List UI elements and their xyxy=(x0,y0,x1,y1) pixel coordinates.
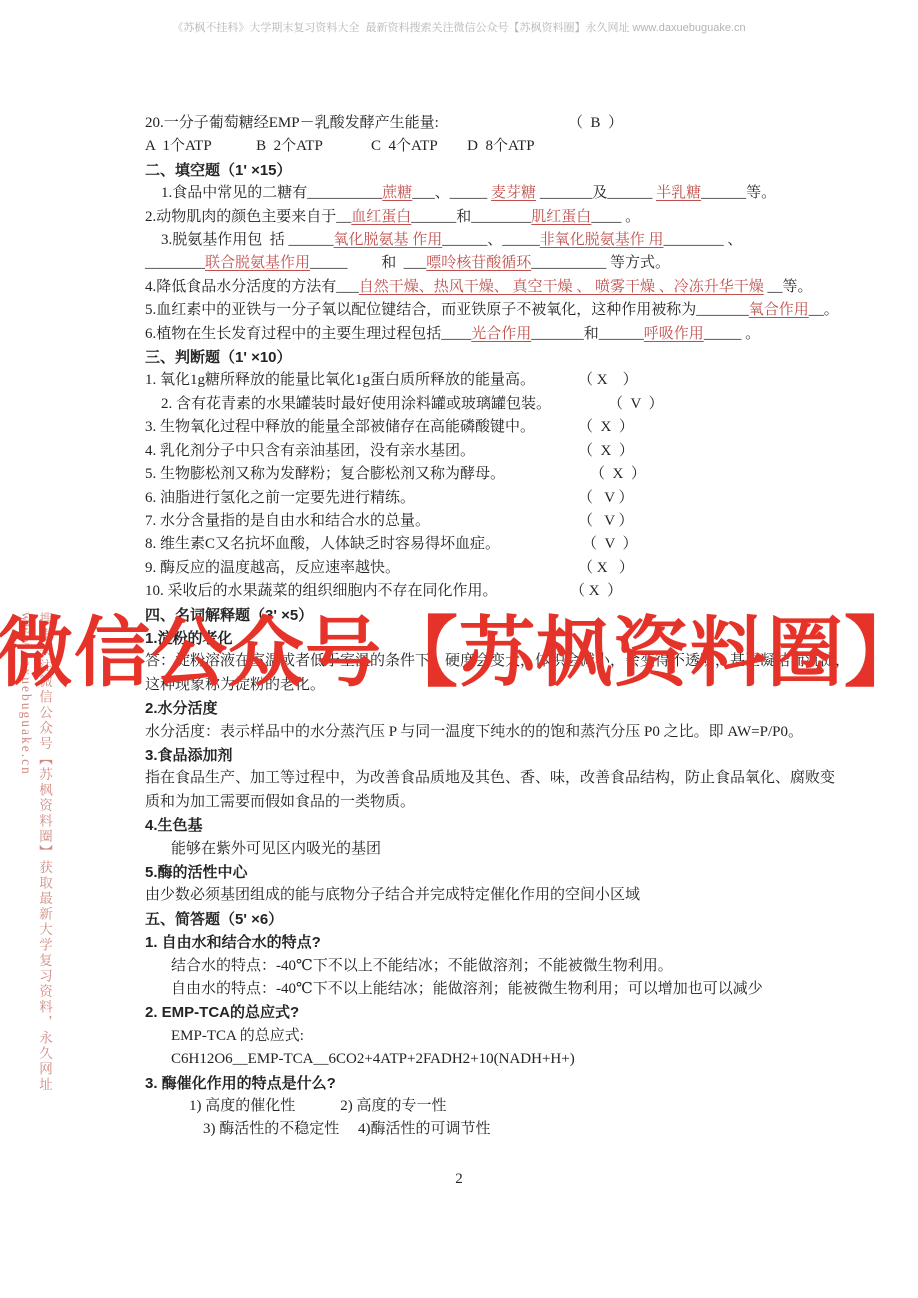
term-4-answer: 能够在紫外可见区内吸光的基团 xyxy=(145,838,805,861)
center-watermark-text: 微信公众号【苏枫资料圈】 xyxy=(0,592,918,701)
answer-mark: （ X ） xyxy=(578,440,634,463)
question-text: 二、填空题（1' ×15） xyxy=(145,162,292,179)
term-3-answer-a: 指在食品生产、加工等过程中，为改善食品质地及其色、香、味，改善食品结构，防止食品… xyxy=(145,767,805,790)
judge-question-2: 2. 含有花青素的水果罐装时最好使用涂料罐或玻璃罐包装。（ V ） xyxy=(145,393,805,416)
short-answer-1-b: 自由水的特点：-40℃下不以上能结冰；能做溶剂；能被微生物利用；可以增加也可以减… xyxy=(145,978,805,1001)
answer-mark: （ X ） xyxy=(578,416,634,439)
term-5-title: 5.酶的活性中心 xyxy=(145,861,805,884)
answer-mark: （ X ） xyxy=(590,463,646,486)
question-text: 等方式。 xyxy=(606,255,670,271)
question-text: 质和为加工需要而假如食品的一类物质。 xyxy=(145,794,415,810)
fill-question-3b: ________联合脱氨基作用_____ 和 ___嘌呤核苷酸循环_______… xyxy=(145,252,805,275)
answer-text: 氧合作用 xyxy=(749,302,809,318)
answer-text: 嘌呤核苷酸循环 xyxy=(426,255,531,271)
question-text: _______ xyxy=(696,302,749,318)
question-text: 由少数必须基团组成的能与底物分子结合并完成特定催化作用的空间小区域 xyxy=(145,887,640,903)
question-text: _______ xyxy=(531,326,584,342)
question-text: 结合水的特点：-40℃下不以上不能结冰；不能做溶剂；不能被微生物利用。 xyxy=(171,958,673,974)
answer-mark: （ B ） xyxy=(568,112,623,135)
question-text: _____ xyxy=(310,255,348,271)
question-text: ________ xyxy=(664,232,724,248)
fill-question-4: 4.降低食品水分活度的方法有___自然干燥、热风干燥、 真空干燥 、 喷雾干燥 … xyxy=(145,276,805,299)
question-text: _______ xyxy=(536,185,592,201)
question-text: __ xyxy=(336,209,351,225)
question-text: ____ xyxy=(441,326,471,342)
judge-question-7: 7. 水分含量指的是自由水和结合水的总量。（ V ） xyxy=(145,510,805,533)
question-text: 9. 酶反应的温度越高，反应速率越快。 xyxy=(145,560,400,576)
question-text: 3.脱氨基作用包 括 xyxy=(161,232,289,248)
answer-text: 呼吸作用 xyxy=(644,326,704,342)
question-text: C6H12O6__EMP-TCA__6CO2+4ATP+2FADH2+10(NA… xyxy=(171,1051,575,1067)
question-text: A 1个ATP B 2个ATP C 4个ATP D 8个ATP xyxy=(145,138,535,154)
question-text: 5.血红素中的亚铁与一分子氧以配位键结合，而亚铁原子不被氧化，这种作用被称为 xyxy=(145,302,696,318)
question-text: ______ xyxy=(701,185,746,201)
question-text: 。 xyxy=(824,302,839,318)
short-answer-2-title: 2. EMP-TCA的总应式? xyxy=(145,1001,805,1024)
question-text: 2. EMP-TCA的总应式? xyxy=(145,1004,299,1021)
question-text: 。 xyxy=(621,209,640,225)
question-text: ___、 xyxy=(412,185,450,201)
question-text: 3) 酶活性的不稳定性 4)酶活性的可调节性 xyxy=(203,1121,491,1137)
short-answer-3-title: 3. 酶催化作用的特点是什么? xyxy=(145,1072,805,1095)
short-answer-2-b: C6H12O6__EMP-TCA__6CO2+4ATP+2FADH2+10(NA… xyxy=(145,1048,805,1071)
question-text: 2. 含有花青素的水果罐装时最好使用涂料罐或玻璃罐包装。 xyxy=(161,396,551,412)
judge-question-3: 3. 生物氧化过程中释放的能量全部被储存在高能磷酸键中。（ X ） xyxy=(145,416,805,439)
question-text: 1. 自由水和结合水的特点? xyxy=(145,934,321,951)
question-20-options: A 1个ATP B 2个ATP C 4个ATP D 8个ATP xyxy=(145,135,805,158)
answer-mark: （ V ） xyxy=(578,487,634,510)
question-text: 和 xyxy=(348,255,404,271)
answer-mark: （ X ） xyxy=(578,369,638,392)
question-text: __ xyxy=(809,302,824,318)
question-text: ______ xyxy=(289,232,334,248)
question-text: 。 xyxy=(741,326,760,342)
answer-text: 氧化脱氨基 作用 xyxy=(334,232,443,248)
answer-mark: （ V ） xyxy=(578,510,634,533)
answer-mark: （ V ） xyxy=(608,393,664,416)
answer-text: 肌红蛋白 xyxy=(531,209,591,225)
question-text: ______ xyxy=(411,209,456,225)
answer-text: 联合脱氨基作用 xyxy=(205,255,310,271)
question-text: 6.植物在生长发育过程中的主要生理过程包括 xyxy=(145,326,441,342)
question-text: 及 xyxy=(592,185,607,201)
question-text: 1) 高度的催化性 2) 高度的专一性 xyxy=(189,1098,447,1114)
question-text: 2.动物肌肉的颜色主要来自于 xyxy=(145,209,336,225)
question-text: __ xyxy=(764,279,783,295)
judge-question-9: 9. 酶反应的温度越高，反应速率越快。（ X ） xyxy=(145,557,805,580)
question-text: 和 xyxy=(456,209,471,225)
question-text: 5. 生物膨松剂又称为发酵粉；复合膨松剂又称为酵母。 xyxy=(145,466,505,482)
section-heading-short-answer: 五、简答题（5' ×6） xyxy=(145,908,805,931)
page-number: 2 xyxy=(0,1171,918,1188)
question-text: ________ xyxy=(471,209,531,225)
question-text: ________ xyxy=(145,255,205,271)
term-4-title: 4.生色基 xyxy=(145,814,805,837)
judge-question-4: 4. 乳化剂分子中只含有亲油基团，没有亲水基团。（ X ） xyxy=(145,440,805,463)
fill-question-2: 2.动物肌肉的颜色主要来自于__血红蛋白______和________肌红蛋白_… xyxy=(145,206,805,229)
question-text: EMP-TCA 的总应式: xyxy=(171,1028,304,1044)
section-heading-judge: 三、判断题（1' ×10） xyxy=(145,346,805,369)
short-answer-2-a: EMP-TCA 的总应式: xyxy=(145,1025,805,1048)
question-text: __________ xyxy=(307,185,382,201)
question-text: ______ xyxy=(607,185,656,201)
fill-question-5: 5.血红素中的亚铁与一分子氧以配位键结合，而亚铁原子不被氧化，这种作用被称为__… xyxy=(145,299,805,322)
question-text: 、 xyxy=(724,232,743,248)
question-text: 1. 氧化1g糖所释放的能量比氧化1g蛋白质所释放的能量高。 xyxy=(145,372,535,388)
question-text: 2.水分活度 xyxy=(145,700,218,717)
answer-text: 麦芽糖 xyxy=(491,185,536,201)
answer-text: 非氧化脱氨基作 用 xyxy=(540,232,664,248)
fill-question-1: 1.食品中常见的二糖有__________蔗糖___、_____ 麦芽糖 ___… xyxy=(145,182,805,205)
question-text: 和 xyxy=(584,326,599,342)
question-text: 自由水的特点：-40℃下不以上能结冰；能做溶剂；能被微生物利用；可以增加也可以减… xyxy=(171,981,763,997)
question-text: 三、判断题（1' ×10） xyxy=(145,349,292,366)
short-answer-1-a: 结合水的特点：-40℃下不以上不能结冰；不能做溶剂；不能被微生物利用。 xyxy=(145,955,805,978)
answer-mark: （ X ） xyxy=(578,557,634,580)
term-3-answer-b: 质和为加工需要而假如食品的一类物质。 xyxy=(145,791,805,814)
question-text: _____ xyxy=(704,326,742,342)
question-text: _____ xyxy=(502,232,540,248)
question-text: ___ xyxy=(336,279,359,295)
question-text: 20.一分子葡萄糖经EMP－乳酸发酵产生能量: xyxy=(145,115,439,131)
question-text: ______ xyxy=(442,232,487,248)
judge-question-5: 5. 生物膨松剂又称为发酵粉；复合膨松剂又称为酵母。（ X ） xyxy=(145,463,805,486)
question-text: 7. 水分含量指的是自由水和结合水的总量。 xyxy=(145,513,430,529)
question-text: 等。 xyxy=(783,279,813,295)
question-text: 4.降低食品水分活度的方法有 xyxy=(145,279,336,295)
question-text: 水分活度：表示样品中的水分蒸汽压 P 与同一温度下纯水的的饱和蒸汽分压 P0 之… xyxy=(145,724,803,740)
fill-question-6: 6.植物在生长发育过程中的主要生理过程包括____光合作用_______和___… xyxy=(145,323,805,346)
question-text: 3. 酶催化作用的特点是什么? xyxy=(145,1075,336,1092)
judge-question-6: 6. 油脂进行氢化之前一定要先进行精练。（ V ） xyxy=(145,487,805,510)
question-text: __________ xyxy=(531,255,606,271)
page-header-text: 《苏枫不挂科》大学期末复习资料大全 最新资料搜索关注微信公众号【苏枫资料圈】永久… xyxy=(0,19,918,35)
question-text: _____ xyxy=(450,185,491,201)
question-text: 等。 xyxy=(746,185,776,201)
answer-text: 光合作用 xyxy=(471,326,531,342)
short-answer-1-title: 1. 自由水和结合水的特点? xyxy=(145,931,805,954)
term-2-answer: 水分活度：表示样品中的水分蒸汽压 P 与同一温度下纯水的的饱和蒸汽分压 P0 之… xyxy=(145,721,805,744)
short-answer-3-a: 1) 高度的催化性 2) 高度的专一性 xyxy=(145,1095,805,1118)
question-text: 、 xyxy=(487,232,502,248)
question-text: ______ xyxy=(599,326,644,342)
fill-question-3a: 3.脱氨基作用包 括 ______氧化脱氨基 作用______、_____非氧化… xyxy=(145,229,805,252)
question-text: 3. 生物氧化过程中释放的能量全部被储存在高能磷酸键中。 xyxy=(145,419,535,435)
short-answer-3-b: 3) 酶活性的不稳定性 4)酶活性的可调节性 xyxy=(145,1118,805,1141)
question-text: 1.食品中常见的二糖有 xyxy=(161,185,307,201)
answer-mark: （ V ） xyxy=(582,533,638,556)
question-text: 4. 乳化剂分子中只含有亲油基团，没有亲水基团。 xyxy=(145,443,475,459)
question-text: 五、简答题（5' ×6） xyxy=(145,911,283,928)
answer-text: 自然干燥、热风干燥、 真空干燥 、 喷雾干燥 、冷冻升华干燥 xyxy=(359,279,764,295)
term-5-answer: 由少数必须基团组成的能与底物分子结合并完成特定催化作用的空间小区域 xyxy=(145,884,805,907)
term-3-title: 3.食品添加剂 xyxy=(145,744,805,767)
question-20: 20.一分子葡萄糖经EMP－乳酸发酵产生能量:（ B ） xyxy=(145,112,805,135)
answer-text: 蔗糖 xyxy=(382,185,412,201)
question-text: 6. 油脂进行氢化之前一定要先进行精练。 xyxy=(145,490,415,506)
section-heading-fill: 二、填空题（1' ×15） xyxy=(145,159,805,182)
answer-text: 半乳糖 xyxy=(656,185,701,201)
answer-text: 血红蛋白 xyxy=(351,209,411,225)
judge-question-8: 8. 维生素C又名抗坏血酸，人体缺乏时容易得坏血症。（ V ） xyxy=(145,533,805,556)
judge-question-1: 1. 氧化1g糖所释放的能量比氧化1g蛋白质所释放的能量高。（ X ） xyxy=(145,369,805,392)
question-text: 5.酶的活性中心 xyxy=(145,864,248,881)
question-text: 指在食品生产、加工等过程中，为改善食品质地及其色、香、味，改善食品结构，防止食品… xyxy=(145,770,835,786)
question-text: 8. 维生素C又名抗坏血酸，人体缺乏时容易得坏血症。 xyxy=(145,536,500,552)
question-text: 3.食品添加剂 xyxy=(145,747,233,764)
question-text: ___ xyxy=(404,255,427,271)
question-text: 4.生色基 xyxy=(145,817,203,834)
question-text: 能够在紫外可见区内吸光的基团 xyxy=(171,841,381,857)
question-text: ____ xyxy=(591,209,621,225)
